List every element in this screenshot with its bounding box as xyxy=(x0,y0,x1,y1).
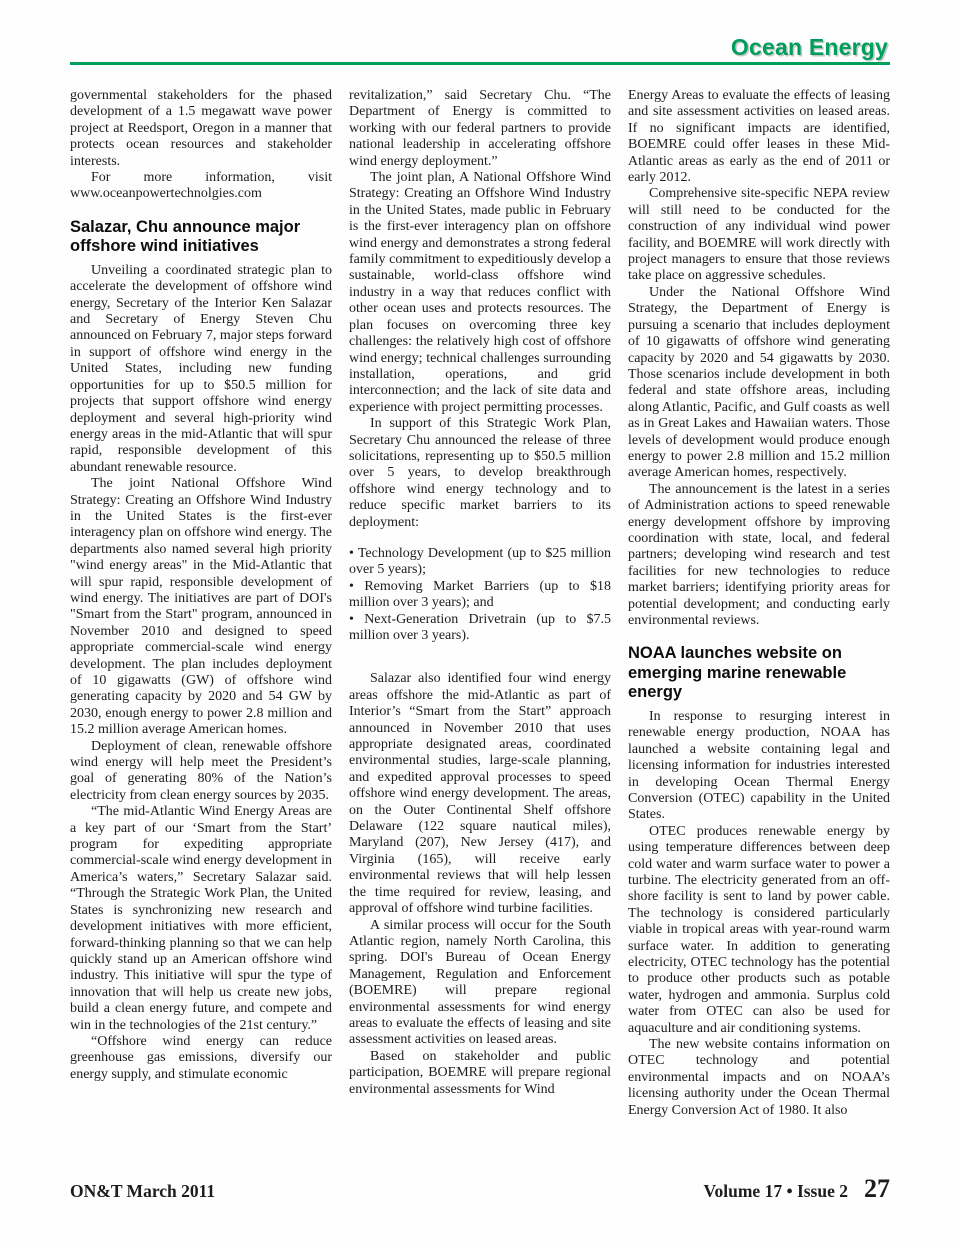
paragraph: governmental stakeholders for the phased… xyxy=(70,88,332,170)
article-heading-noaa-website: NOAA launches website on emerging marine… xyxy=(628,644,890,703)
paragraph: For more information, visit www.oceanpow… xyxy=(70,170,332,203)
paragraph: In support of this Strategic Work Plan, … xyxy=(349,416,611,531)
paragraph: revitalization,” said Secretary Chu. “Th… xyxy=(349,88,611,170)
paragraph: Under the National Offshore Wind Strateg… xyxy=(628,285,890,482)
section-header: Ocean Energy xyxy=(70,0,890,65)
paragraph: “The mid-Atlantic Wind Energy Areas are … xyxy=(70,804,332,1034)
bullet-item: • Technology Development (up to $25 mill… xyxy=(349,546,611,579)
footer-right: Volume 17 • Issue 2 27 xyxy=(703,1174,890,1204)
paragraph: Comprehensive site-specific NEPA review … xyxy=(628,186,890,284)
article-columns: governmental stakeholders for the phased… xyxy=(70,88,890,1119)
journal-name: ON&T March 2011 xyxy=(70,1181,215,1202)
paragraph: Unveiling a coordinated strategic plan t… xyxy=(70,263,332,476)
paragraph: Based on stakeholder and public particip… xyxy=(349,1049,611,1098)
paragraph: The new website contains information on … xyxy=(628,1037,890,1119)
section-title: Ocean Energy xyxy=(70,34,890,60)
page-number: 27 xyxy=(864,1174,890,1204)
column-1: governmental stakeholders for the phased… xyxy=(70,88,332,1119)
bullet-item: • Removing Market Barriers (up to $18 mi… xyxy=(349,579,611,612)
column-3: Energy Areas to evaluate the effects of … xyxy=(628,88,890,1119)
paragraph: A similar process will occur for the Sou… xyxy=(349,918,611,1049)
paragraph: Deployment of clean, renewable offshore … xyxy=(70,739,332,805)
article-heading-salazar-chu: Salazar, Chu announce major offshore win… xyxy=(70,218,332,257)
magazine-page: Ocean Energy governmental stakeholders f… xyxy=(0,0,960,1246)
paragraph: The announcement is the latest in a seri… xyxy=(628,482,890,630)
paragraph: In response to resurging interest in ren… xyxy=(628,709,890,824)
paragraph: The joint National Offshore Wind Strateg… xyxy=(70,476,332,739)
paragraph: Energy Areas to evaluate the effects of … xyxy=(628,88,890,186)
page-footer: ON&T March 2011 Volume 17 • Issue 2 27 xyxy=(70,1174,890,1204)
paragraph: The joint plan, A National Offshore Wind… xyxy=(349,170,611,416)
paragraph: OTEC produces renewable energy by using … xyxy=(628,824,890,1037)
page-content: Ocean Energy governmental stakeholders f… xyxy=(70,0,890,1119)
paragraph: Salazar also identified four wind energy… xyxy=(349,671,611,917)
volume-issue: Volume 17 • Issue 2 xyxy=(703,1181,848,1202)
column-2: revitalization,” said Secretary Chu. “Th… xyxy=(349,88,611,1119)
paragraph: “Offshore wind energy can reduce greenho… xyxy=(70,1034,332,1083)
bullet-item: • Next-Generation Drivetrain (up to $7.5… xyxy=(349,612,611,645)
